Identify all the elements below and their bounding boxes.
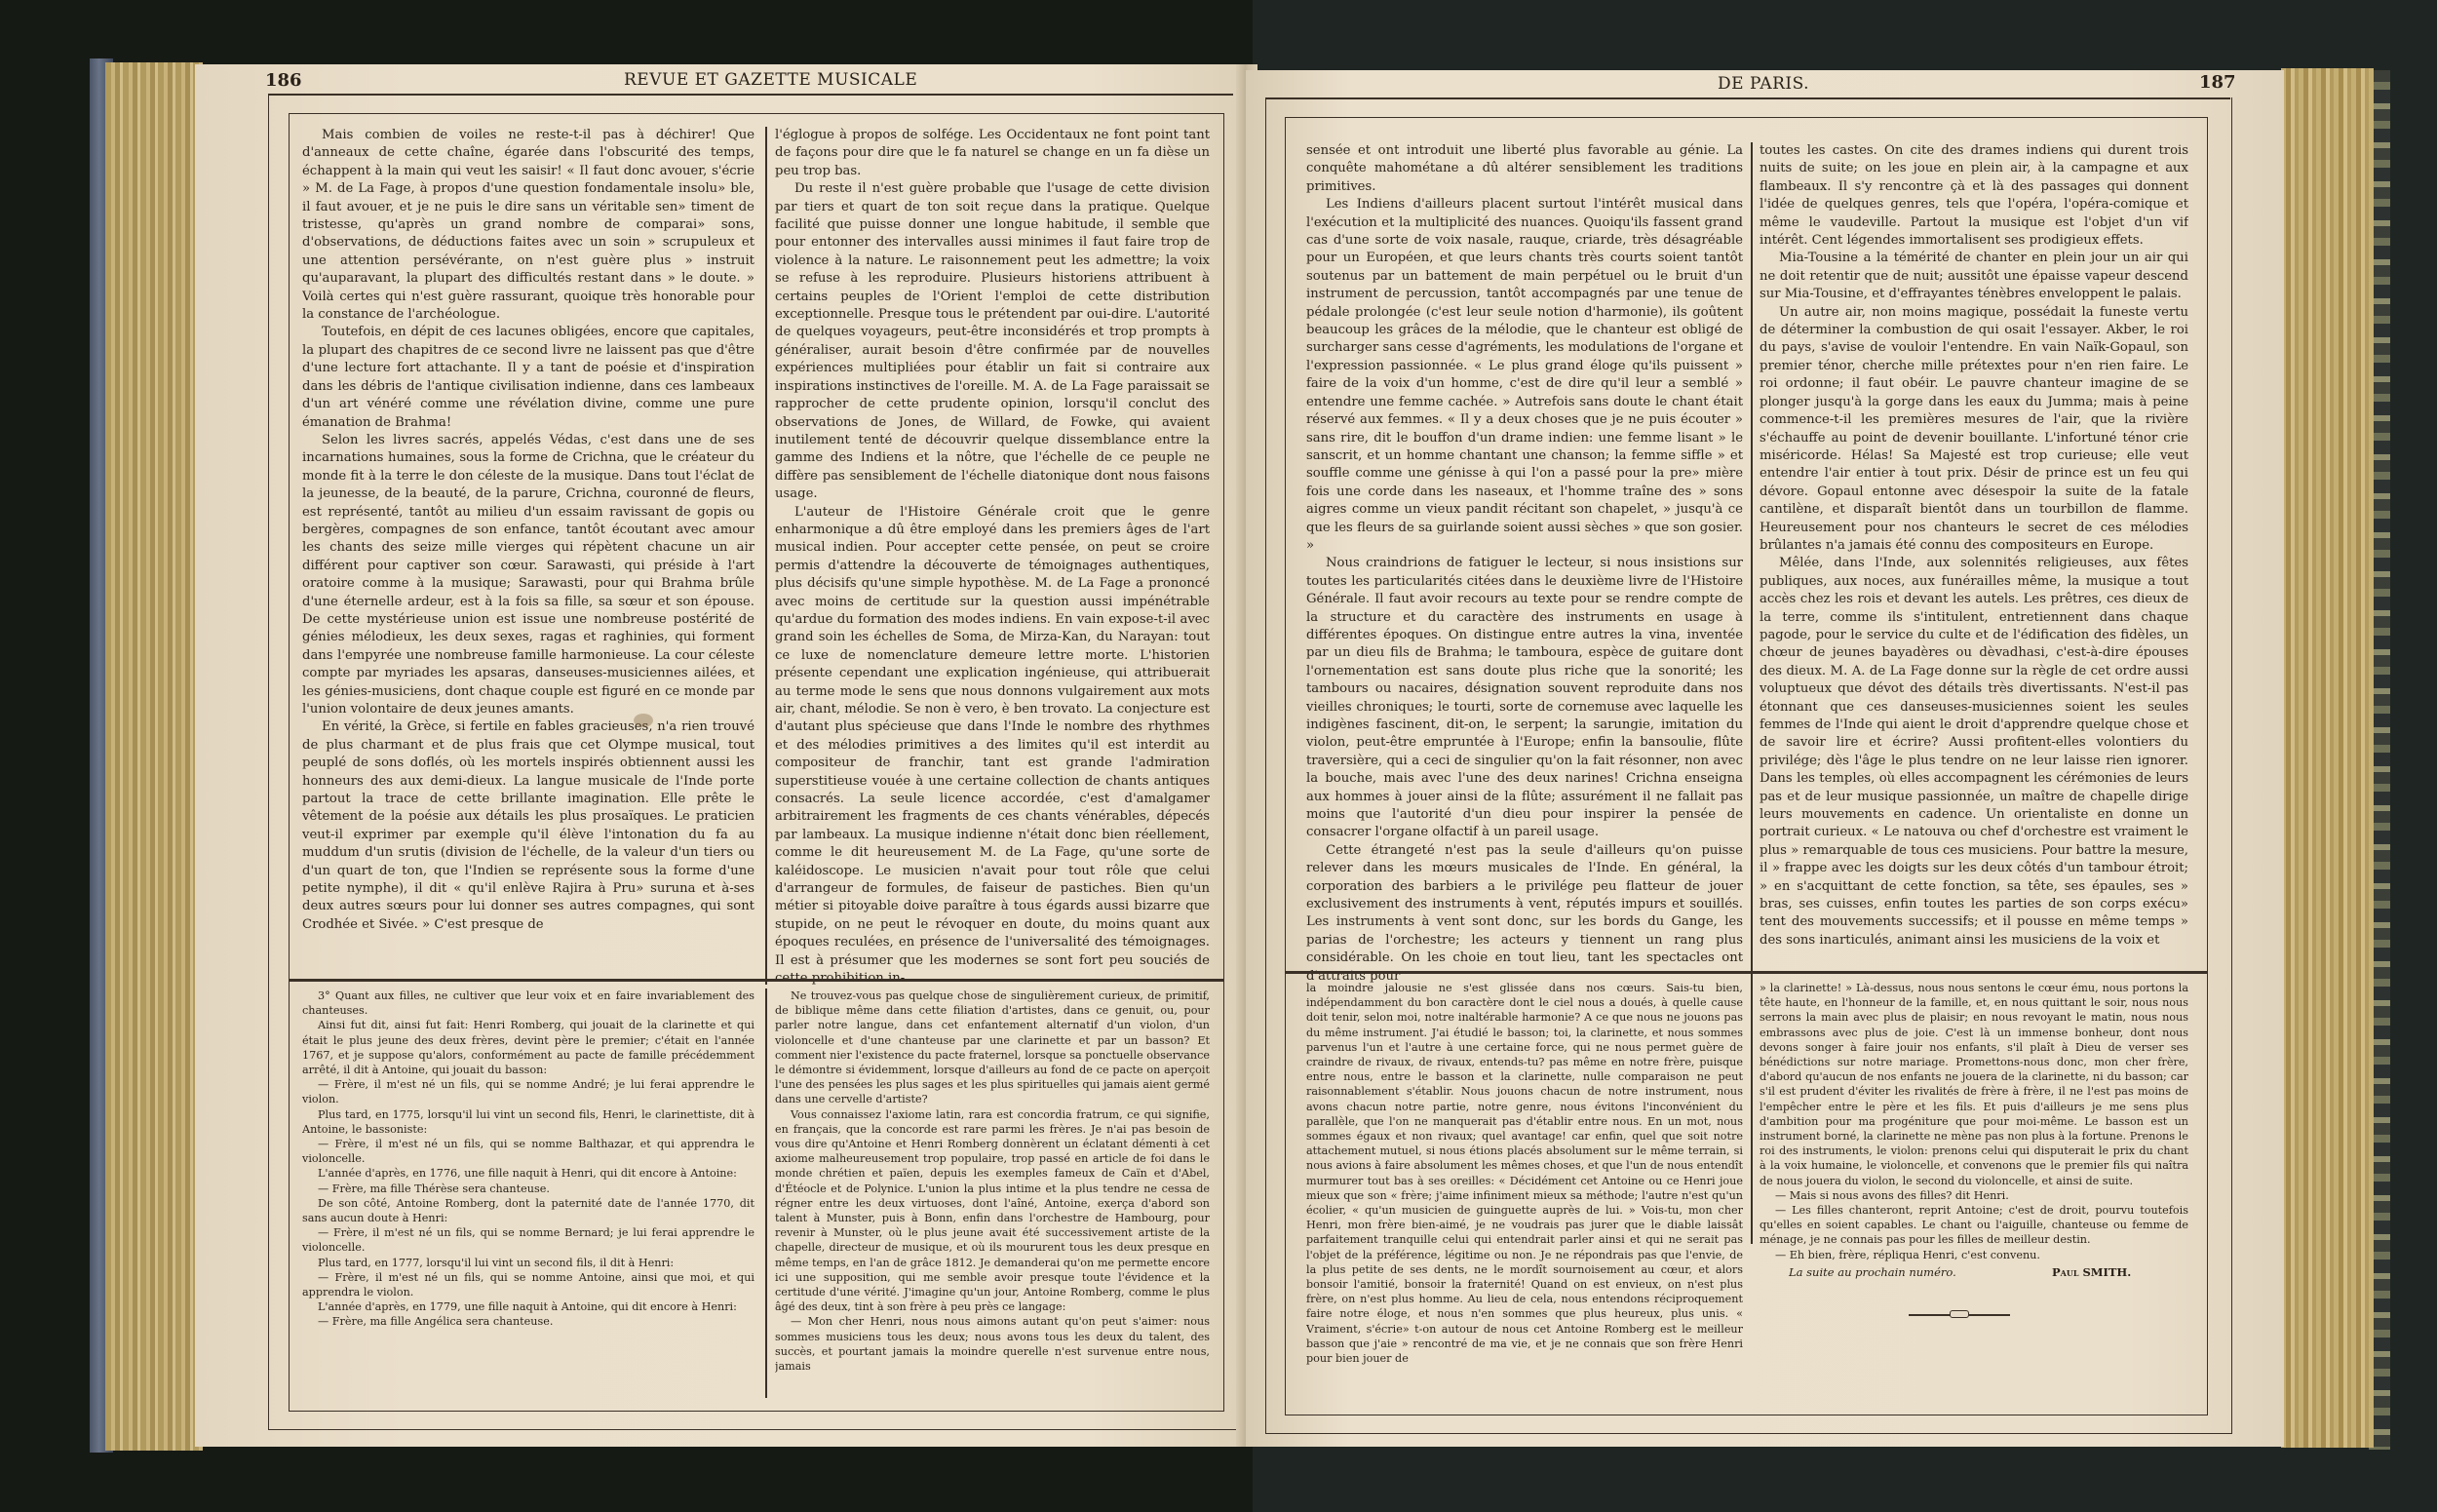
paragraph: — Mon cher Henri, nous nous aimons autan… [775,1314,1210,1374]
paragraph: Les Indiens d'ailleurs placent surtout l… [1306,196,1743,555]
paragraph: — Mais si nous avons des filles? dit Hen… [1760,1188,2188,1203]
ink-stain [634,714,653,727]
right-page: DE PARIS. 187 sensée et ont introduit un… [1246,70,2284,1447]
running-head-right: DE PARIS. [1718,74,1809,94]
paragraph: 3° Quant aux filles, ne cultiver que leu… [302,989,754,1018]
paragraph: Cette étrangeté n'est pas la seule d'ail… [1306,842,1743,986]
paragraph: L'auteur de l'Histoire Générale croit qu… [775,504,1210,985]
paragraph: Ainsi fut dit, ainsi fut fait: Henri Rom… [302,1018,754,1077]
continuation-note: La suite au prochain numéro. [1789,1265,1956,1279]
page-edges-right [2281,68,2374,1448]
ornament-center [1950,1310,1969,1318]
running-head-left: REVUE ET GAZETTE MUSICALE [624,70,917,90]
paragraph: — Frère, ma fille Thérèse sera chanteuse… [302,1182,754,1196]
paragraph: — Eh bien, frère, répliqua Henri, c'est … [1760,1248,2188,1262]
article-column-1: Mais combien de voiles ne reste-t-il pas… [302,127,754,985]
paragraph: — Frère, il m'est né un fils, qui se nom… [302,1270,754,1299]
paragraph: — Frère, il m'est né un fils, qui se nom… [302,1225,754,1255]
left-page: 186 REVUE ET GAZETTE MUSICALE Mais combi… [195,64,1246,1447]
paragraph: » la clarinette! » Là-dessus, nous nous … [1760,981,2188,1188]
paragraph: — Frère, il m'est né un fils, qui se nom… [302,1137,754,1166]
feuilleton-column-1: la moindre jalousie ne s'est glissée dan… [1306,981,1743,1371]
paragraph: — Les filles chanteront, reprit Antoine;… [1760,1203,2188,1248]
paragraph: Nous craindrions de fatiguer le lecteur,… [1306,555,1743,842]
feuilleton-separator [1285,971,2208,974]
paragraph: toutes les castes. On cite des drames in… [1760,142,2188,250]
author-signature: Paul SMITH. [2052,1265,2131,1279]
paragraph: la moindre jalousie ne s'est glissée dan… [1306,981,1743,1366]
paragraph: Un autre air, non moins magique, posséda… [1760,304,2188,556]
paragraph: Toutefois, en dépit de ces lacunes oblig… [302,324,754,431]
paragraph: Mêlée, dans l'Inde, aux solennités relig… [1760,555,2188,950]
page-number-right: 187 [2199,72,2236,93]
feuilleton-separator [289,979,1224,982]
article-column-2: l'églogue à propos de solfége. Les Occid… [775,127,1210,985]
paragraph: L'année d'après, en 1779, une fille naqu… [302,1299,754,1314]
paragraph: L'année d'après, en 1776, une fille naqu… [302,1166,754,1181]
page-number-left: 186 [265,70,302,91]
paragraph: — Frère, il m'est né un fils, qui se nom… [302,1077,754,1106]
paragraph: En vérité, la Grèce, si fertile en fable… [302,718,754,934]
page-edges-left [105,62,203,1451]
paragraph: Plus tard, en 1775, lorsqu'il lui vint u… [302,1107,754,1137]
paragraph: Du reste il n'est guère probable que l'u… [775,180,1210,503]
signature-row: La suite au prochain numéro. Paul SMITH. [1760,1265,2188,1285]
column-separator [1751,142,1753,989]
paragraph: Mia-Tousine a la témérité de chanter en … [1760,250,2188,303]
column-separator [1751,981,1753,1244]
paragraph: Vous connaissez l'axiome latin, rara est… [775,1107,1210,1315]
paragraph: sensée et ont introduit une liberté plus… [1306,142,1743,196]
paragraph: De son côté, Antoine Romberg, dont la pa… [302,1196,754,1225]
paragraph: Ne trouvez-vous pas quelque chose de sin… [775,989,1210,1107]
paragraph: Plus tard, en 1777, lorsqu'il lui vint u… [302,1256,754,1270]
feuilleton-column-2: Ne trouvez-vous pas quelque chose de sin… [775,989,1210,1398]
column-separator [765,127,767,985]
paragraph: Selon les livres sacrés, appelés Védas, … [302,432,754,719]
paragraph: Mais combien de voiles ne reste-t-il pas… [302,127,754,324]
article-column-2: toutes les castes. On cite des drames in… [1760,142,2188,989]
article-column-1: sensée et ont introduit une liberté plus… [1306,142,1743,989]
column-separator [765,989,767,1398]
feuilleton-column-2: » la clarinette! » Là-dessus, nous nous … [1760,981,2188,1273]
paragraph: l'églogue à propos de solfége. Les Occid… [775,127,1210,180]
feuilleton-column-1: 3° Quant aux filles, ne cultiver que leu… [302,989,754,1398]
paragraph: — Frère, ma fille Angélica sera chanteus… [302,1314,754,1329]
